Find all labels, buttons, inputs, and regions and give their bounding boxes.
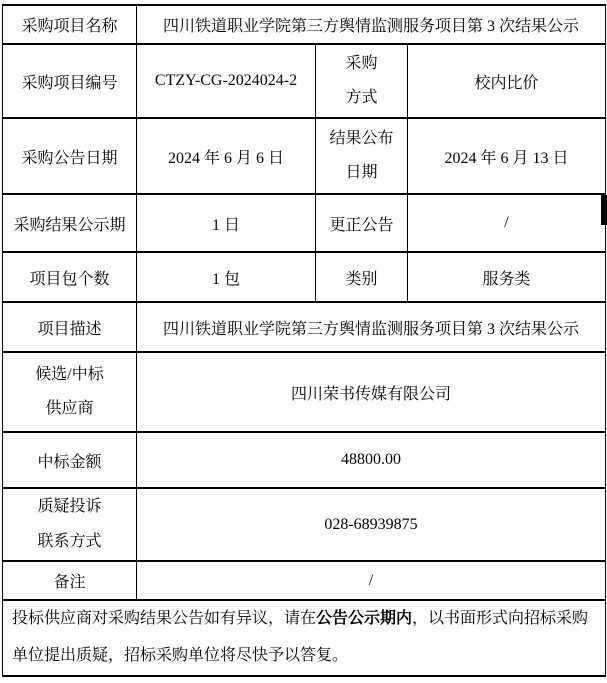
table-row-footer-note: 投标供应商对采购结果公告如有异议，请在公告公示期内，以书面形式向招标采购单位提出… bbox=[3, 600, 606, 676]
table-row-project-name: 采购项目名称 四川铁道职业学院第三方舆情监测服务项目第 3 次结果公示 bbox=[3, 5, 606, 44]
winning-supplier-value: 四川荣书传媒有限公司 bbox=[137, 352, 606, 432]
correction-notice-label: 更正公告 bbox=[316, 194, 408, 252]
complaint-contact-value: 028-68939875 bbox=[137, 488, 606, 561]
procurement-method-label: 采购 方式 bbox=[316, 44, 408, 118]
winning-amount-label: 中标金额 bbox=[3, 432, 137, 488]
result-publish-date-label: 结果公布 日期 bbox=[316, 118, 408, 194]
category-value: 服务类 bbox=[408, 252, 606, 302]
winning-amount-value: 48800.00 bbox=[137, 432, 606, 488]
project-description-label: 项目描述 bbox=[3, 302, 137, 352]
table-row-project-description: 项目描述 四川铁道职业学院第三方舆情监测服务项目第 3 次结果公示 bbox=[3, 302, 606, 352]
category-label: 类别 bbox=[316, 252, 408, 302]
scrollbar-thumb[interactable] bbox=[601, 195, 607, 225]
project-number-value: CTZY-CG-2024024-2 bbox=[137, 44, 316, 118]
remarks-value: / bbox=[137, 561, 606, 600]
remarks-label: 备注 bbox=[3, 561, 137, 600]
project-number-label: 采购项目编号 bbox=[3, 44, 137, 118]
publicity-period-label: 采购结果公示期 bbox=[3, 194, 137, 252]
procurement-method-value: 校内比价 bbox=[408, 44, 606, 118]
table-row-announcement-date: 采购公告日期 2024 年 6 月 6 日 结果公布 日期 2024 年 6 月… bbox=[3, 118, 606, 194]
procurement-result-page: 采购项目名称 四川铁道职业学院第三方舆情监测服务项目第 3 次结果公示 采购项目… bbox=[0, 0, 607, 683]
procurement-result-table: 采购项目名称 四川铁道职业学院第三方舆情监测服务项目第 3 次结果公示 采购项目… bbox=[2, 4, 606, 677]
announcement-date-label: 采购公告日期 bbox=[3, 118, 137, 194]
announcement-date-value: 2024 年 6 月 6 日 bbox=[137, 118, 316, 194]
footer-note-text-bold: 公告公示期内 bbox=[316, 610, 412, 627]
publicity-period-value: 1 日 bbox=[137, 194, 316, 252]
table-row-winning-amount: 中标金额 48800.00 bbox=[3, 432, 606, 488]
complaint-contact-label: 质疑投诉 联系方式 bbox=[3, 488, 137, 561]
project-description-value: 四川铁道职业学院第三方舆情监测服务项目第 3 次结果公示 bbox=[137, 302, 606, 352]
footer-note: 投标供应商对采购结果公告如有异议，请在公告公示期内，以书面形式向招标采购单位提出… bbox=[3, 600, 606, 676]
package-count-label: 项目包个数 bbox=[3, 252, 137, 302]
table-row-project-number: 采购项目编号 CTZY-CG-2024024-2 采购 方式 校内比价 bbox=[3, 44, 606, 118]
table-row-publicity-period: 采购结果公示期 1 日 更正公告 / bbox=[3, 194, 606, 252]
project-name-label: 采购项目名称 bbox=[3, 5, 137, 44]
footer-note-text-pre: 投标供应商对采购结果公告如有异议，请在 bbox=[12, 610, 316, 627]
winning-supplier-label: 候选/中标 供应商 bbox=[3, 352, 137, 432]
result-publish-date-value: 2024 年 6 月 13 日 bbox=[408, 118, 606, 194]
table-row-winning-supplier: 候选/中标 供应商 四川荣书传媒有限公司 bbox=[3, 352, 606, 432]
table-row-complaint-contact: 质疑投诉 联系方式 028-68939875 bbox=[3, 488, 606, 561]
table-row-remarks: 备注 / bbox=[3, 561, 606, 600]
table-row-package-count: 项目包个数 1 包 类别 服务类 bbox=[3, 252, 606, 302]
package-count-value: 1 包 bbox=[137, 252, 316, 302]
project-name-value: 四川铁道职业学院第三方舆情监测服务项目第 3 次结果公示 bbox=[137, 5, 606, 44]
correction-notice-value: / bbox=[408, 194, 606, 252]
